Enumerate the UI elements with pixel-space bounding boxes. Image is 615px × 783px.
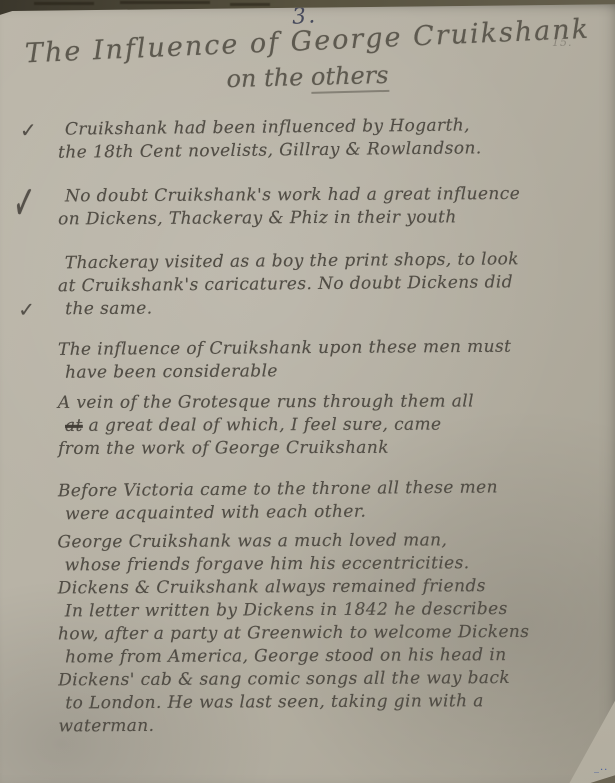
backdrop-writing-remnant: [34, 2, 94, 5]
handwritten-line: No doubt Cruikshank's work had a great i…: [65, 183, 578, 209]
handwritten-line: the 18th Cent novelists, Gillray & Rowla…: [58, 136, 578, 164]
handwritten-line: A vein of the Grotesque runs through the…: [58, 390, 578, 415]
backdrop-writing-remnant: [120, 1, 210, 4]
paragraph: ✓Thackeray visited as a boy the print sh…: [58, 248, 579, 322]
handwritten-line: on Dickens, Thackeray & Phiz in their yo…: [58, 206, 578, 232]
handwritten-line: The influence of Cruikshank upon these m…: [58, 335, 578, 362]
paragraph: A vein of the Grotesque runs through the…: [58, 390, 578, 461]
title-line-2-prefix: on the: [226, 63, 311, 93]
checkmark-icon: ✓: [20, 119, 37, 142]
handwritten-line: from the work of George Cruikshank: [58, 436, 578, 461]
handwritten-line: whose friends forgave him his eccentrici…: [65, 552, 578, 578]
checkmark-icon: ✓: [13, 182, 37, 228]
paragraphs: ✓Cruikshank had been influenced by Hogar…: [58, 116, 578, 737]
handwritten-line: the same.: [65, 294, 578, 321]
handwritten-line: were acquainted with each other.: [65, 499, 578, 526]
handwritten-line: how, after a party at Greenwich to welco…: [58, 621, 578, 647]
title-underlined-word: others: [311, 61, 389, 94]
paragraph: ✓No doubt Cruikshank's work had a great …: [58, 183, 578, 232]
handwritten-line: waterman.: [58, 713, 578, 739]
struck-out-word: at: [65, 416, 83, 436]
handwritten-line: In letter written by Dickens in 1842 he …: [65, 598, 578, 624]
handwritten-line: home from America, George stood on his h…: [65, 644, 578, 670]
handwritten-line: at Cruikshank's caricatures. No doubt Di…: [58, 271, 578, 299]
stray-pencil-tick: ʻ: [349, 2, 354, 12]
photograph-of-manuscript-page: { "page": { "number": "3.", "tick_above"…: [0, 0, 615, 783]
backdrop-writing-remnant: [230, 3, 270, 6]
page-title: The Influence of George Cruikshank on th…: [0, 26, 615, 91]
paragraph: ✓Cruikshank had been influenced by Hogar…: [58, 113, 578, 164]
handwritten-line: Dickens & Cruikshank always remained fri…: [58, 575, 578, 601]
handwritten-line: Dickens' cab & sang comic songs all the …: [58, 667, 578, 693]
handwritten-line: at a great deal of which, I feel sure, c…: [65, 413, 578, 438]
under-page-blue-ink-mark: _..: [594, 762, 608, 773]
handwritten-line: to London. He was last seen, taking gin …: [65, 690, 578, 716]
handwritten-line: have been considerable: [65, 358, 578, 385]
handwritten-line: George Cruikshank was a much loved man,: [57, 529, 577, 555]
paragraph: George Cruikshank was a much loved man,w…: [57, 529, 578, 739]
manuscript-page: 3. ʻ 15. The Influence of George Cruiksh…: [0, 0, 615, 783]
paragraph: Before Victoria came to the throne all t…: [58, 476, 578, 527]
checkmark-icon: ✓: [18, 298, 35, 321]
paragraph: The influence of Cruikshank upon these m…: [58, 335, 578, 385]
